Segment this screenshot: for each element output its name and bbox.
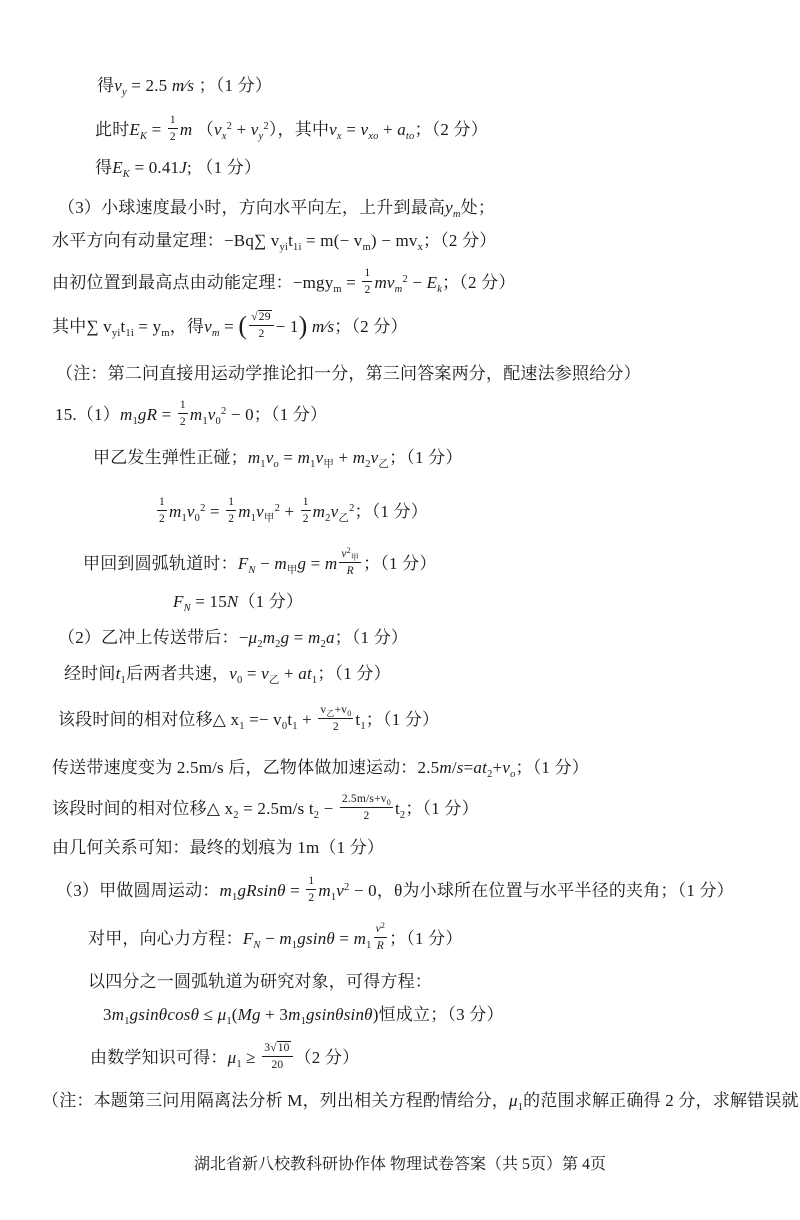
answer-line: 由初位置到最高点由动能定理：−mgym = 12mvm2 − Ek；（2 分） <box>52 268 516 300</box>
answer-line: 对甲，向心力方程：FN − m1gsinθ = m1v2R；（1 分） <box>88 924 463 956</box>
answer-line: 得vy = 2.5 m∕s ；（1 分） <box>97 74 272 97</box>
answer-line: 15.（1）m1gR = 12m1v02 − 0；（1 分） <box>55 400 327 432</box>
answer-line: 经时间t1后两者共速，v0 = v乙 + at1；（1 分） <box>64 662 391 685</box>
answer-line: 3m1gsinθcosθ ≤ μ1(Mg + 3m1gsinθsinθ)恒成立；… <box>103 1003 504 1026</box>
answer-line: （3）小球速度最小时，方向水平向左，上升到最高ym处； <box>58 196 495 219</box>
answer-line: （注：第二问直接用运动学推论扣一分，第三问答案两分，配速法参照给分） <box>56 362 641 385</box>
answer-line: FN = 15N（1 分） <box>173 590 303 613</box>
answer-line: 此时EK = 12m （vx2 + vy2），其中vx = vxo + ato；… <box>95 115 488 147</box>
answer-line: （注：本题第三问用隔离法分析 M，列出相关方程酌情给分，μ1的范围求解正确得 2… <box>42 1089 799 1112</box>
answer-line: 该段时间的相对位移△ x2 = 2.5m/s t2 − 2.5m/s+v02t2… <box>52 794 479 826</box>
answer-line: 由几何关系可知：最终的划痕为 1m（1 分） <box>52 836 384 859</box>
answer-line: （3）甲做圆周运动：m1gRsinθ = 12m1v2 − 0，θ为小球所在位置… <box>56 876 734 908</box>
exam-answer-page: 得vy = 2.5 m∕s ；（1 分）此时EK = 12m （vx2 + vy… <box>0 0 800 1220</box>
answer-line: 该段时间的相对位移△ x1 =− v0t1 + v乙+v02t1；（1 分） <box>58 705 439 737</box>
answer-line: 甲乙发生弹性正碰；m1vo = m1v甲 + m2v乙；（1 分） <box>93 446 463 469</box>
answer-line: 其中∑ vyit1i = ym，得vm = (√292− 1) m∕s；（2 分… <box>52 312 408 344</box>
answer-line: （2）乙冲上传送带后：−μ2m2g = m2a；（1 分） <box>58 626 408 649</box>
answer-line: 传送带速度变为 2.5m/s 后，乙物体做加速运动：2.5m/s=at2+vo；… <box>52 756 589 779</box>
answer-line: 得EK = 0.41J; （1 分） <box>95 156 261 179</box>
answer-line: 以四分之一圆弧轨道为研究对象，可得方程： <box>88 970 432 993</box>
answer-line: 甲回到圆弧轨道时：FN − m甲g = mv2甲R；（1 分） <box>83 549 437 581</box>
answer-line: 水平方向有动量定理：−Bq∑ vyit1i = m(− vm) − mvx；（2… <box>52 229 496 252</box>
page-footer: 湖北省新八校教科研协作体 物理试卷答案（共 5页）第 4页 <box>0 1151 800 1174</box>
answer-line: 12m1v02 = 12m1v甲2 + 12m2v乙2；（1 分） <box>155 497 428 529</box>
answer-line: 由数学知识可得：μ1 ≥ 3√1020（2 分） <box>90 1043 359 1075</box>
